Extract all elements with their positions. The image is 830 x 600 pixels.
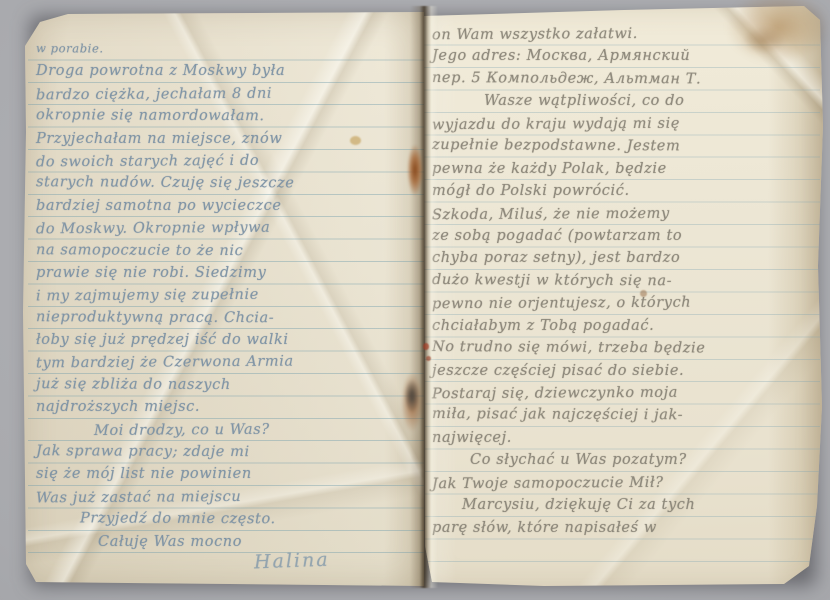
handwriting-line: w porabie.: [36, 37, 422, 61]
handwriting-line: Co słychać u Was pozatym?: [432, 449, 824, 471]
handwriting-line: Moi drodzy, co u Was?: [36, 417, 422, 442]
handwriting-line: okropnie się namordowałam.: [36, 104, 422, 128]
handwriting-line: najwięcej.: [432, 427, 824, 449]
handwriting-line: пер. 5 Компольдеж, Альтман Т.: [432, 67, 824, 91]
handwriting-line: No trudno się mówi, trzeba będzie: [432, 336, 824, 360]
handwriting-line: pewno nie orjentujesz, o których: [432, 291, 824, 316]
handwriting-line: on Wam wszystko załatwi.: [432, 22, 824, 47]
center-fold: [410, 6, 438, 588]
handwriting-line: zupełnie bezpodstawne. Jestem: [432, 134, 824, 158]
handwriting-line: dużo kwestji w których się na-: [432, 269, 824, 293]
left-page: w porabie. Droga powrotna z Moskwy była …: [22, 12, 424, 586]
handwriting-line: nieproduktywną pracą. Chcia-: [36, 306, 422, 330]
scanned-letter-spread: w porabie. Droga powrotna z Moskwy była …: [0, 0, 830, 600]
handwriting-line: mógł do Polski powrócić.: [432, 180, 824, 202]
handwriting-line: bardzo ciężka, jechałam 8 dni: [36, 81, 422, 106]
right-page-handwriting: on Wam wszystko załatwi. Jego adres: Мос…: [432, 23, 824, 539]
handwriting-line: wyjazdu do kraju wydają mi się: [432, 112, 824, 137]
right-page: on Wam wszystko załatwi. Jego adres: Мос…: [424, 6, 824, 588]
handwriting-line: miła, pisać jak najczęściej i jak-: [432, 403, 824, 427]
handwriting-line: prawie się nie robi. Siedzimy: [36, 262, 422, 284]
handwriting-line: pewna że każdy Polak, będzie: [432, 158, 824, 180]
handwriting-line: Wasze wątpliwości, co do: [432, 90, 824, 112]
handwriting-line: jeszcze częściej pisać do siebie.: [432, 360, 824, 382]
handwriting-line: na samopoczucie to że nic: [36, 239, 422, 263]
handwriting-line: do swoich starych zajęć i do: [36, 149, 422, 174]
handwriting-line: Jak Twoje samopoczucie Mił?: [432, 471, 824, 496]
handwriting-line: Jego adres: Москва, Армянский: [432, 45, 824, 67]
handwriting-line: do Moskwy. Okropnie wpływa: [36, 216, 422, 241]
handwriting-line: bardziej samotna po wycieczce: [36, 195, 422, 217]
handwriting-line: Postaraj się, dziewczynko moja: [432, 381, 824, 406]
handwriting-line: chyba poraz setny), jest bardzo: [432, 247, 824, 269]
signature: Halina: [254, 549, 330, 574]
handwriting-line: Jak sprawa pracy; zdaje mi: [36, 440, 422, 464]
handwriting-line: najdroższych miejsc.: [36, 396, 422, 418]
handwriting-line: Szkoda, Miluś, że nie możemy: [432, 201, 824, 226]
handwriting-line: chciałabym z Tobą pogadać.: [432, 315, 824, 337]
handwriting-line: starych nudów. Czuję się jeszcze: [36, 172, 422, 196]
handwriting-line: się że mój list nie powinien: [36, 463, 422, 485]
handwriting-line: Przyjechałam na miejsce, znów: [36, 128, 422, 150]
handwriting-line: tym bardziej że Czerwona Armia: [36, 350, 422, 375]
handwriting-line: parę słów, które napisałeś w: [432, 517, 824, 539]
handwriting-line: i my zajmujemy się zupełnie: [36, 283, 422, 308]
handwriting-line: Was już zastać na miejscu: [36, 484, 422, 509]
handwriting-line: Całuję Was mocno: [36, 531, 422, 553]
handwriting-line: łoby się już prędzej iść do walki: [36, 329, 422, 351]
handwriting-line: Marcysiu, dziękuję Ci za tych: [432, 494, 824, 516]
left-page-handwriting: w porabie. Droga powrotna z Moskwy była …: [36, 38, 422, 553]
handwriting-line: Droga powrotna z Moskwy była: [36, 60, 422, 82]
handwriting-line: już się zbliża do naszych: [36, 373, 422, 397]
handwriting-line: ze sobą pogadać (powtarzam to: [432, 225, 824, 247]
handwriting-line: Przyjedź do mnie często.: [36, 507, 422, 531]
